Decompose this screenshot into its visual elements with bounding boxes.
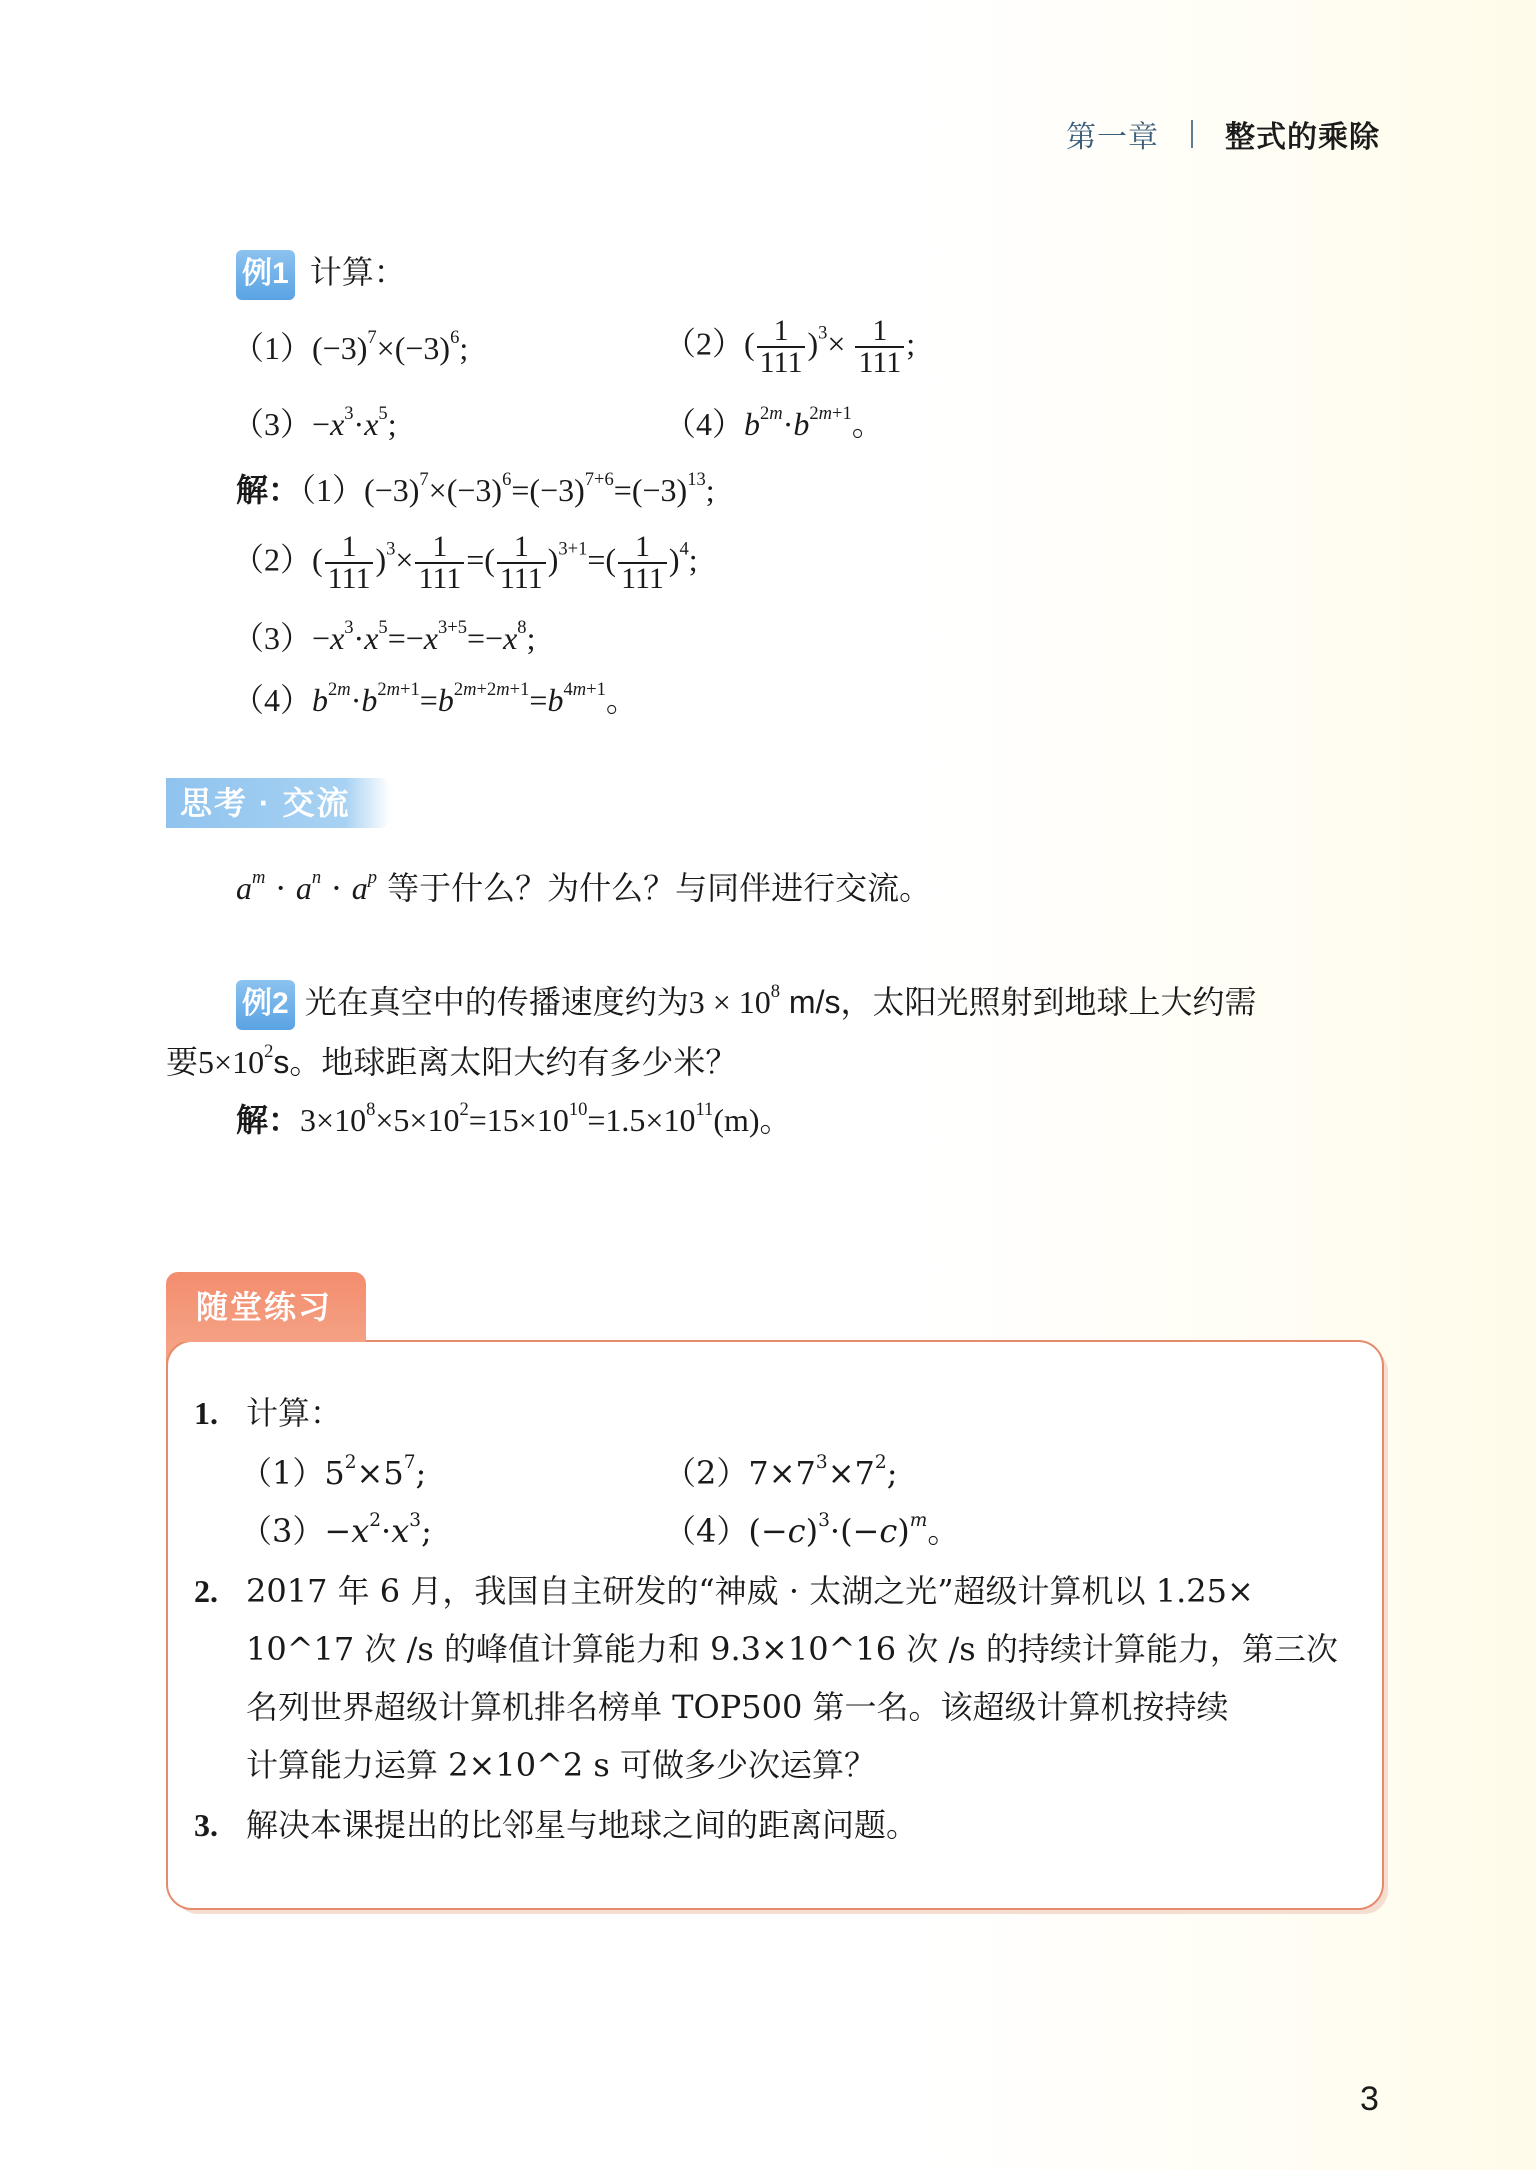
example2-text: s。地球距离太阳大约有多少米？ [273,1044,737,1080]
example1-problem-3: （3）−x3·x5; [232,402,397,446]
question-number: 3. [194,1796,246,1854]
header-divider [1191,120,1193,148]
example1-solution-3: （3）−x3·x5=−x3+5=−x8; [232,616,535,660]
question-number: 1. [194,1384,246,1442]
chapter-header: 第一章 整式的乘除 [1066,112,1380,156]
example2-text: 要 [166,1044,198,1080]
time-value: 5×10 [198,1044,264,1080]
think-text: 等于什么？为什么？与同伴进行交流。 [387,870,931,906]
practice-q1-item-4: （4）(−c)3·(−c)m。 [664,1502,959,1560]
question-text: 解决本课提出的比邻星与地球之间的距离问题。 [246,1806,918,1844]
question-line: 2017 年 6 月，我国自主研发的“神威 · 太湖之光”超级计算机以 1.25… [246,1572,1254,1610]
example2-line-1: 例2光在真空中的传播速度约为3 × 108 m/s，太阳光照射到地球上大约需 [236,980,1256,1030]
solution-label: 解： [236,472,300,508]
item-label: （3） [240,1512,324,1550]
time-exponent: 2 [264,1041,273,1062]
chapter-number: 第一章 [1066,112,1159,156]
solution-item-label: （2） [232,541,312,577]
solution-label: 解： [236,1102,300,1138]
problem-label: （2） [664,325,744,361]
example1-heading: 例1 计算： [236,250,406,300]
example2-solution: 解：3×108×5×102=15×1010=1.5×1011(m)。 [236,1098,792,1142]
example1-problem-2: （2）(1111)3× 1111; [664,316,915,378]
example1-solution-1: 解：（1）(−3)7×(−3)6=(−3)7+6=(−3)13; [236,468,715,512]
example1-problem-4: （4）b2m·b2m+1。 [664,402,884,446]
practice-q2: 2.2017 年 6 月，我国自主研发的“神威 · 太湖之光”超级计算机以 1.… [194,1562,1254,1620]
item-label: （4） [664,1512,748,1550]
example1-solution-4: （4）b2m·b2m+1=b2m+2m+1=b4m+1。 [232,678,638,722]
practice-q2-line-3: 名列世界超级计算机排名榜单 TOP500 第一名。该超级计算机按持续 [246,1678,1229,1736]
example1-badge: 例1 [236,250,295,300]
practice-q2-line-4: 计算能力运算 2×10^2 s 可做多少次运算？ [246,1736,876,1794]
solution-item-label: （3） [232,620,312,656]
solution-item-label: （4） [232,682,312,718]
example1-solution-2: （2）(1111)3×1111=(1111)3+1=(1111)4; [232,532,698,594]
think-discuss-question: am · an · ap 等于什么？为什么？与同伴进行交流。 [236,866,931,910]
item-label: （2） [664,1454,748,1492]
speed-exponent: 8 [771,981,780,1002]
item-label: （1） [240,1454,324,1492]
practice-tab: 随堂练习 [166,1272,366,1342]
practice-q3: 3.解决本课提出的比邻星与地球之间的距离问题。 [194,1796,918,1854]
page-number: 3 [1360,2080,1379,2119]
example1-problem-1: （1）(−3)7×(−3)6; [232,326,468,370]
problem-label: （1） [232,330,312,366]
example2-text: m/s，太阳光照射到地球上大约需 [780,984,1256,1020]
practice-q1-item-2: （2）7×73×72; [664,1444,897,1502]
example2-line-2: 要5×102s。地球距离太阳大约有多少米？ [166,1040,737,1084]
example2-badge: 例2 [236,980,295,1030]
problem-label: （4） [664,406,744,442]
practice-q1-item-3: （3）−x2·x3; [240,1502,432,1560]
solution-item-label: （1） [300,472,364,508]
question-number: 2. [194,1562,246,1620]
problem-label: （3） [232,406,312,442]
practice-q1-item-1: （1）52×57; [240,1444,426,1502]
chapter-title: 整式的乘除 [1225,112,1380,156]
practice-q2-line-2: 10^17 次 /s 的峰值计算能力和 9.3×10^16 次 /s 的持续计算… [246,1620,1338,1678]
practice-q1: 1.计算： [194,1384,342,1442]
speed-value: 3 × 10 [689,984,771,1020]
example1-prompt: 计算： [310,254,406,290]
example2-text: 光在真空中的传播速度约为 [305,984,689,1020]
question-prompt: 计算： [246,1394,342,1432]
think-discuss-badge: 思考 · 交流 [166,778,390,828]
